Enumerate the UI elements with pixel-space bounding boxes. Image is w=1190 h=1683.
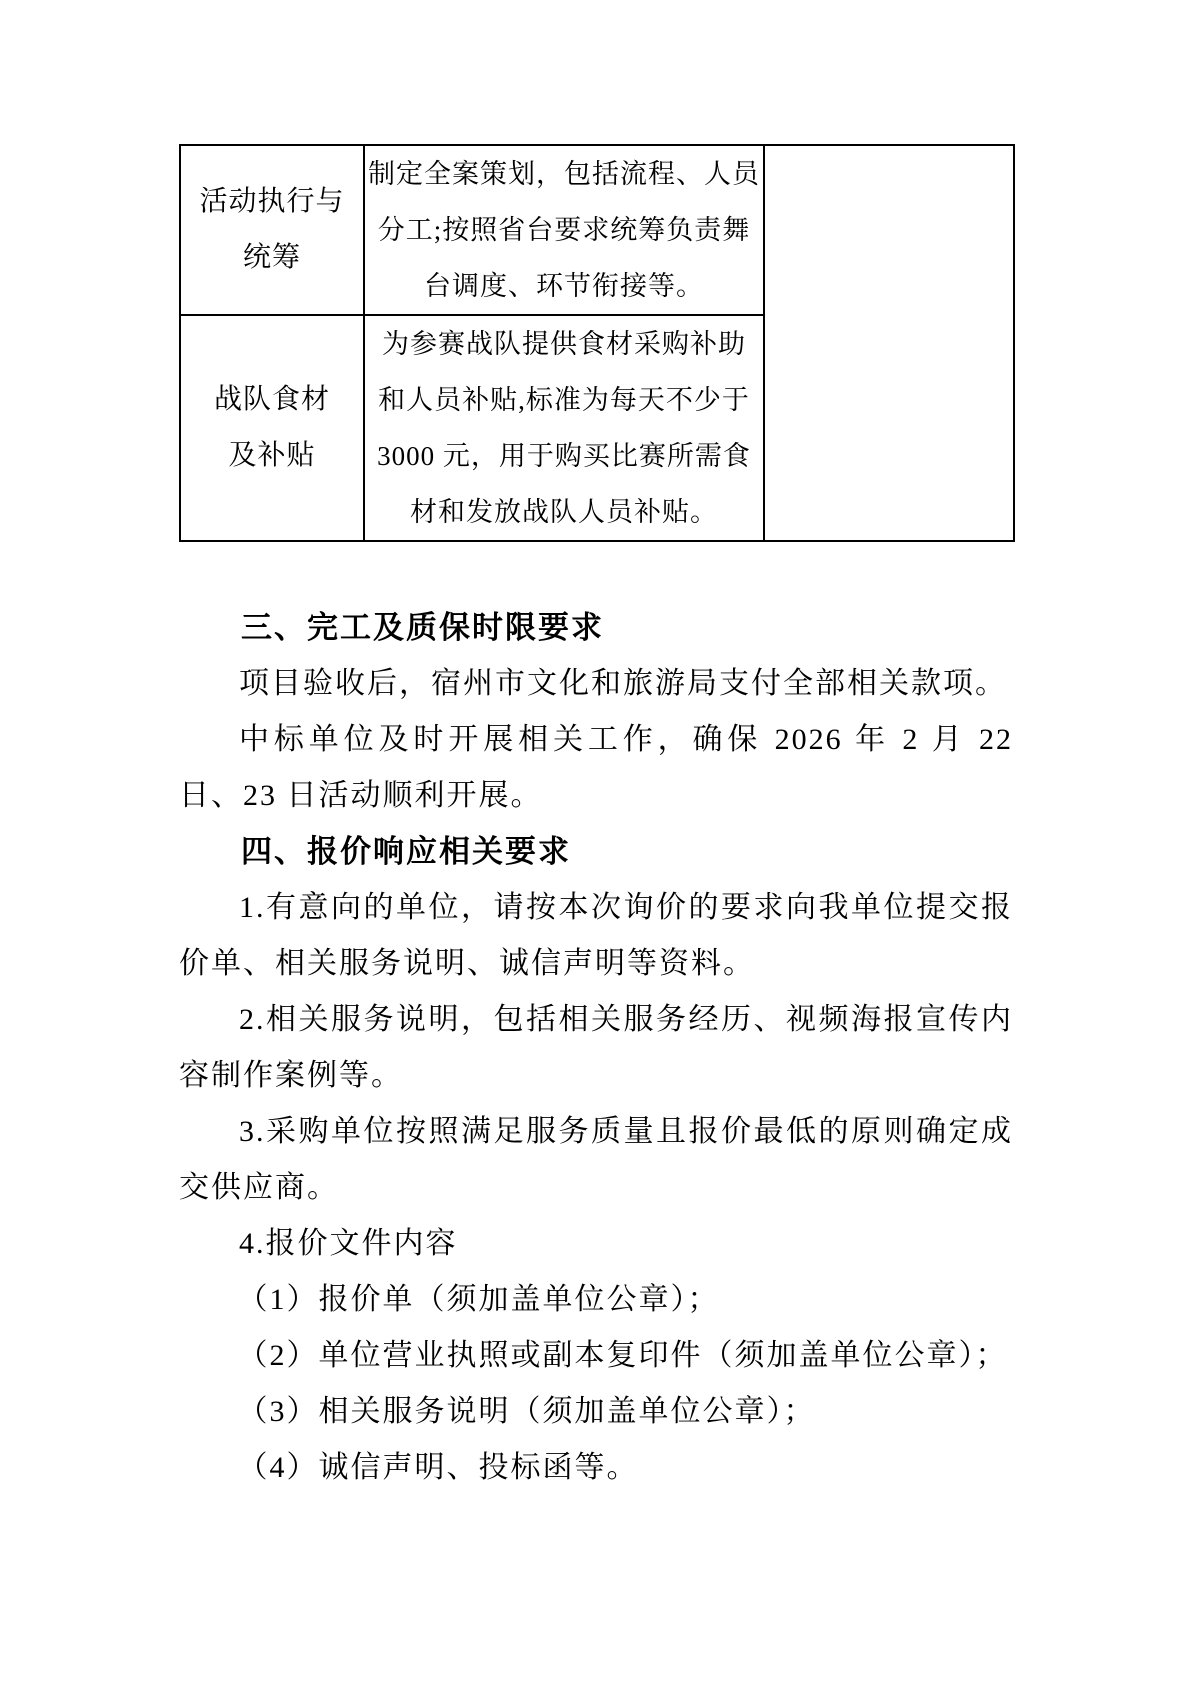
description-line: 制定全案策划，包括流程、人员 — [365, 146, 763, 202]
para-requirement-2-service-description: 2.相关服务说明，包括相关服务经历、视频海报宣传内容制作案例等。 — [179, 992, 1013, 1104]
list-item-2-business-license: （2）单位营业执照或副本复印件（须加盖单位公章）； — [179, 1328, 1013, 1384]
list-item-3-service-description: （3）相关服务说明（须加盖单位公章）； — [179, 1384, 1013, 1440]
note-cell — [764, 145, 1014, 541]
para-requirement-3-lowest-price: 3.采购单位按照满足服务质量且报价最低的原则确定成交供应商。 — [179, 1104, 1013, 1216]
para-winner-schedule: 中标单位及时开展相关工作，确保 2026 年 2 月 22 日、23 日活动顺利… — [179, 712, 1013, 824]
document-page: 活动执行与 统筹 制定全案策划，包括流程、人员 分工;按照省台要求统筹负责舞 台… — [0, 0, 1190, 1683]
description-line: 材和发放战队人员补贴。 — [365, 484, 763, 540]
item-name-cell: 战队食材 及补贴 — [180, 315, 364, 541]
description-line: 3000 元，用于购买比赛所需食 — [365, 428, 763, 484]
item-name-line: 活动执行与 — [181, 174, 363, 230]
para-requirement-4-document-contents: 4.报价文件内容 — [179, 1216, 1013, 1272]
item-name-cell: 活动执行与 统筹 — [180, 145, 364, 315]
para-requirement-1-submission: 1.有意向的单位，请按本次询价的要求向我单位提交报价单、相关服务说明、诚信声明等… — [179, 880, 1013, 992]
list-item-1-quotation-sheet: （1）报价单（须加盖单位公章）； — [179, 1272, 1013, 1328]
item-name-line: 战队食材 — [181, 372, 363, 428]
description-line: 和人员补贴,标准为每天不少于 — [365, 372, 763, 428]
description-line: 分工;按照省台要求统筹负责舞 — [365, 202, 763, 258]
document-content: 活动执行与 统筹 制定全案策划，包括流程、人员 分工;按照省台要求统筹负责舞 台… — [179, 144, 1013, 1496]
item-name-line: 统筹 — [181, 230, 363, 286]
para-acceptance-payment: 项目验收后，宿州市文化和旅游局支付全部相关款项。 — [179, 656, 1013, 712]
description-line: 台调度、环节衔接等。 — [365, 258, 763, 314]
item-description-cell: 制定全案策划，包括流程、人员 分工;按照省台要求统筹负责舞 台调度、环节衔接等。 — [364, 145, 764, 315]
body-text: 三、完工及质保时限要求 项目验收后，宿州市文化和旅游局支付全部相关款项。 中标单… — [179, 600, 1013, 1496]
item-name-line: 及补贴 — [181, 428, 363, 484]
table-row-activity-execution: 活动执行与 统筹 制定全案策划，包括流程、人员 分工;按照省台要求统筹负责舞 台… — [180, 145, 1014, 315]
list-item-4-integrity-statement: （4）诚信声明、投标函等。 — [179, 1440, 1013, 1496]
service-items-table: 活动执行与 统筹 制定全案策划，包括流程、人员 分工;按照省台要求统筹负责舞 台… — [179, 144, 1015, 542]
description-line: 为参赛战队提供食材采购补助 — [365, 316, 763, 372]
heading-section-3-completion-warranty: 三、完工及质保时限要求 — [179, 600, 1013, 656]
heading-section-4-quotation-response: 四、报价响应相关要求 — [179, 824, 1013, 880]
item-description-cell: 为参赛战队提供食材采购补助 和人员补贴,标准为每天不少于 3000 元，用于购买… — [364, 315, 764, 541]
